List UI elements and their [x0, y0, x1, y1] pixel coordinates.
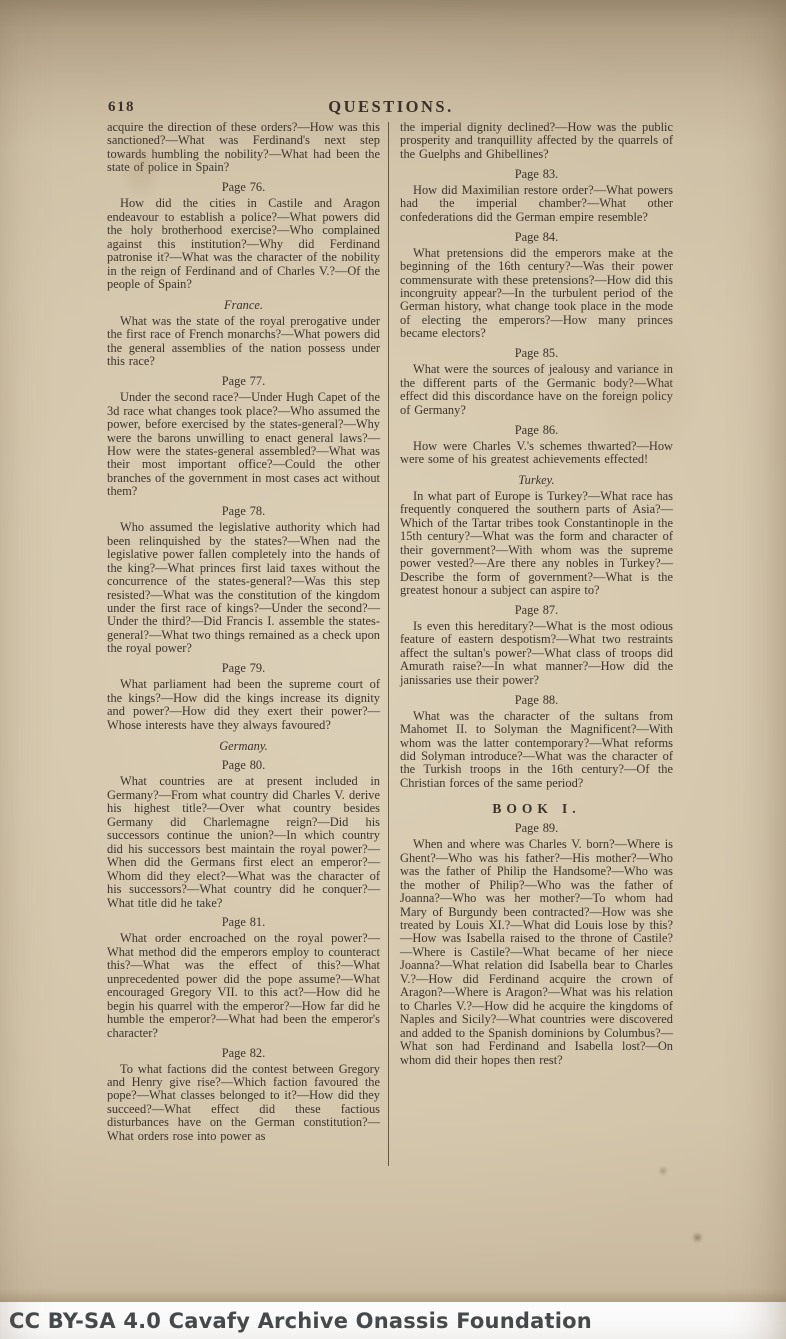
page-reference-heading: Page 86. — [400, 424, 673, 437]
question-paragraph: What was the state of the royal prerogat… — [107, 315, 380, 369]
page-reference-heading: Page 81. — [107, 916, 380, 929]
book-heading: BOOK I. — [400, 802, 673, 815]
license-text: CC BY-SA 4.0 Cavafy Archive Onassis Foun… — [9, 1309, 592, 1333]
column-divider-rule — [388, 122, 389, 1166]
question-paragraph: Is even this hereditary?—What is the mos… — [400, 620, 673, 687]
page-reference-heading: Page 88. — [400, 694, 673, 707]
license-footer: CC BY-SA 4.0 Cavafy Archive Onassis Foun… — [0, 1302, 786, 1339]
page-reference-heading: Page 83. — [400, 168, 673, 181]
question-paragraph-continued: acquire the direction of these orders?—H… — [107, 121, 380, 175]
page-reference-heading: Page 78. — [107, 505, 380, 518]
question-paragraph: What pretensions did the emperors make a… — [400, 247, 673, 341]
question-paragraph-continued: the imperial dignity declined?—How was t… — [400, 121, 673, 161]
question-paragraph: How were Charles V.'s schemes thwarted?—… — [400, 440, 673, 467]
paper-stain — [660, 1168, 666, 1174]
question-paragraph: What were the sources of jealousy and va… — [400, 363, 673, 417]
page-reference-heading: Page 76. — [107, 181, 380, 194]
page-reference-heading: Page 80. — [107, 759, 380, 772]
page-reference-heading: Page 85. — [400, 347, 673, 360]
question-paragraph: What parliament had been the supreme cou… — [107, 678, 380, 732]
question-paragraph: What was the character of the sultans fr… — [400, 710, 673, 791]
question-paragraph: What order encroached on the royal power… — [107, 932, 380, 1040]
page-reference-heading: Page 82. — [107, 1047, 380, 1060]
column-right: the imperial dignity declined?—How was t… — [400, 121, 673, 1067]
section-heading: France. — [107, 299, 380, 312]
question-paragraph: How did Maximilian restore order?—What p… — [400, 184, 673, 224]
page-number: 618 — [108, 99, 135, 116]
running-title: QUESTIONS. — [108, 97, 674, 117]
question-paragraph: When and where was Charles V. born?—Wher… — [400, 838, 673, 1067]
question-paragraph: What countries are at present included i… — [107, 775, 380, 910]
paper-stain — [694, 1234, 701, 1241]
page-bottom-shadow — [0, 1289, 786, 1302]
column-left: acquire the direction of these orders?—H… — [107, 121, 380, 1143]
page-reference-heading: Page 84. — [400, 231, 673, 244]
section-heading: Germany. — [107, 740, 380, 753]
question-paragraph: How did the cities in Castile and Aragon… — [107, 197, 380, 291]
page-reference-heading: Page 77. — [107, 375, 380, 388]
page-header: 618 QUESTIONS. — [108, 97, 674, 119]
section-heading: Turkey. — [400, 474, 673, 487]
page-reference-heading: Page 89. — [400, 822, 673, 835]
page-reference-heading: Page 87. — [400, 604, 673, 617]
scanned-book-page: 618 QUESTIONS. acquire the direction of … — [0, 0, 786, 1339]
page-reference-heading: Page 79. — [107, 662, 380, 675]
question-paragraph: Under the second race?—Under Hugh Capet … — [107, 391, 380, 499]
question-paragraph: Who assumed the legislative authority wh… — [107, 521, 380, 656]
question-paragraph: In what part of Europe is Turkey?—What r… — [400, 490, 673, 598]
question-paragraph: To what factions did the contest between… — [107, 1063, 380, 1144]
